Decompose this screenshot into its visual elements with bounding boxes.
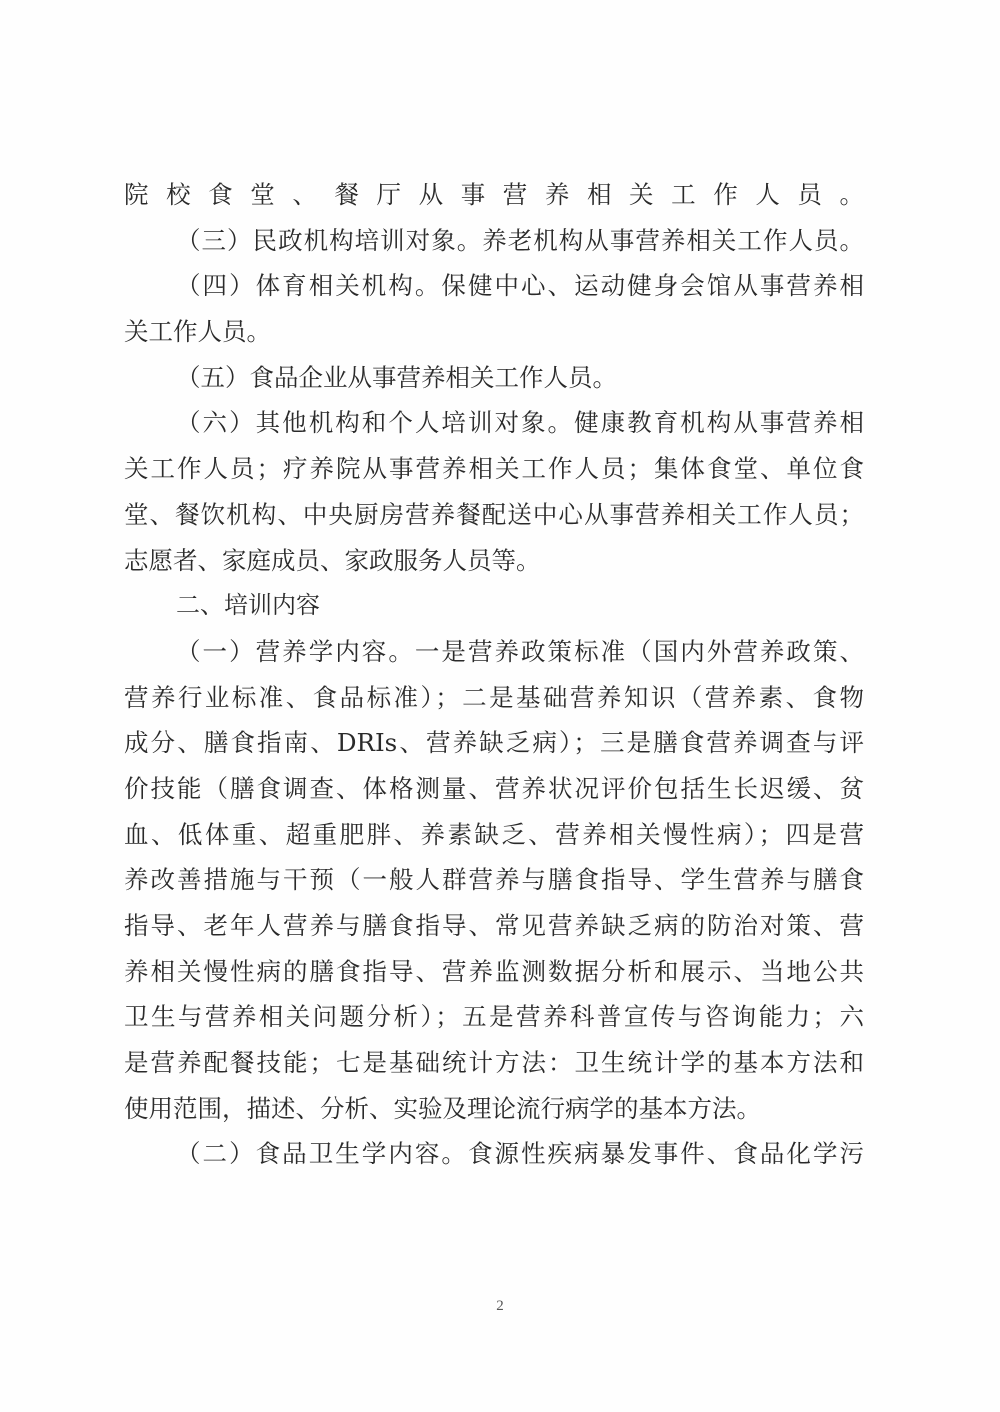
text-line-7: 关工作人员；疗养院从事营养相关工作人员；集体食堂、单位食 <box>124 446 864 492</box>
text-line-12: 营养行业标准、食品标准）；二是基础营养知识（营养素、食物 <box>124 675 864 721</box>
text-line-15: 血、低体重、超重肥胖、养素缺乏、营养相关慢性病）；四是营 <box>124 812 864 858</box>
text-line-4: 关工作人员。 <box>124 309 864 355</box>
text-line-20: 是营养配餐技能；七是基础统计方法：卫生统计学的基本方法和 <box>124 1040 864 1086</box>
text-line-9: 志愿者、家庭成员、家政服务人员等。 <box>124 538 864 584</box>
text-line-17: 指导、老年人营养与膳食指导、常见营养缺乏病的防治对策、营 <box>124 903 864 949</box>
text-line-3: （四）体育相关机构。保健中心、运动健身会馆从事营养相 <box>124 263 864 309</box>
text-line-11: （一）营养学内容。一是营养政策标准（国内外营养政策、 <box>124 629 864 675</box>
document-body: 院校食堂、餐厅从事营养相关工作人员。 （三）民政机构培训对象。养老机构从事营养相… <box>124 172 864 1177</box>
text-line-5: （五）食品企业从事营养相关工作人员。 <box>124 355 864 401</box>
text-line-13: 成分、膳食指南、DRIs、营养缺乏病）；三是膳食营养调查与评 <box>124 720 864 766</box>
text-line-8: 堂、餐饮机构、中央厨房营养餐配送中心从事营养相关工作人员； <box>124 492 864 538</box>
text-line-22: （二）食品卫生学内容。食源性疾病暴发事件、食品化学污 <box>124 1131 864 1177</box>
text-line-14: 价技能（膳食调查、体格测量、营养状况评价包括生长迟缓、贫 <box>124 766 864 812</box>
page-number: 2 <box>0 1298 1000 1315</box>
section-heading-training-content: 二、培训内容 <box>124 583 864 629</box>
text-line-6: （六）其他机构和个人培训对象。健康教育机构从事营养相 <box>124 400 864 446</box>
text-line-18: 养相关慢性病的膳食指导、营养监测数据分析和展示、当地公共 <box>124 949 864 995</box>
document-page: 院校食堂、餐厅从事营养相关工作人员。 （三）民政机构培训对象。养老机构从事营养相… <box>0 0 1000 1412</box>
text-line-16: 养改善措施与干预（一般人群营养与膳食指导、学生营养与膳食 <box>124 857 864 903</box>
text-line-19: 卫生与营养相关问题分析）；五是营养科普宣传与咨询能力；六 <box>124 994 864 1040</box>
text-line-2: （三）民政机构培训对象。养老机构从事营养相关工作人员。 <box>124 218 864 264</box>
text-line-1: 院校食堂、餐厅从事营养相关工作人员。 <box>124 172 864 218</box>
text-line-21: 使用范围，描述、分析、实验及理论流行病学的基本方法。 <box>124 1086 864 1132</box>
